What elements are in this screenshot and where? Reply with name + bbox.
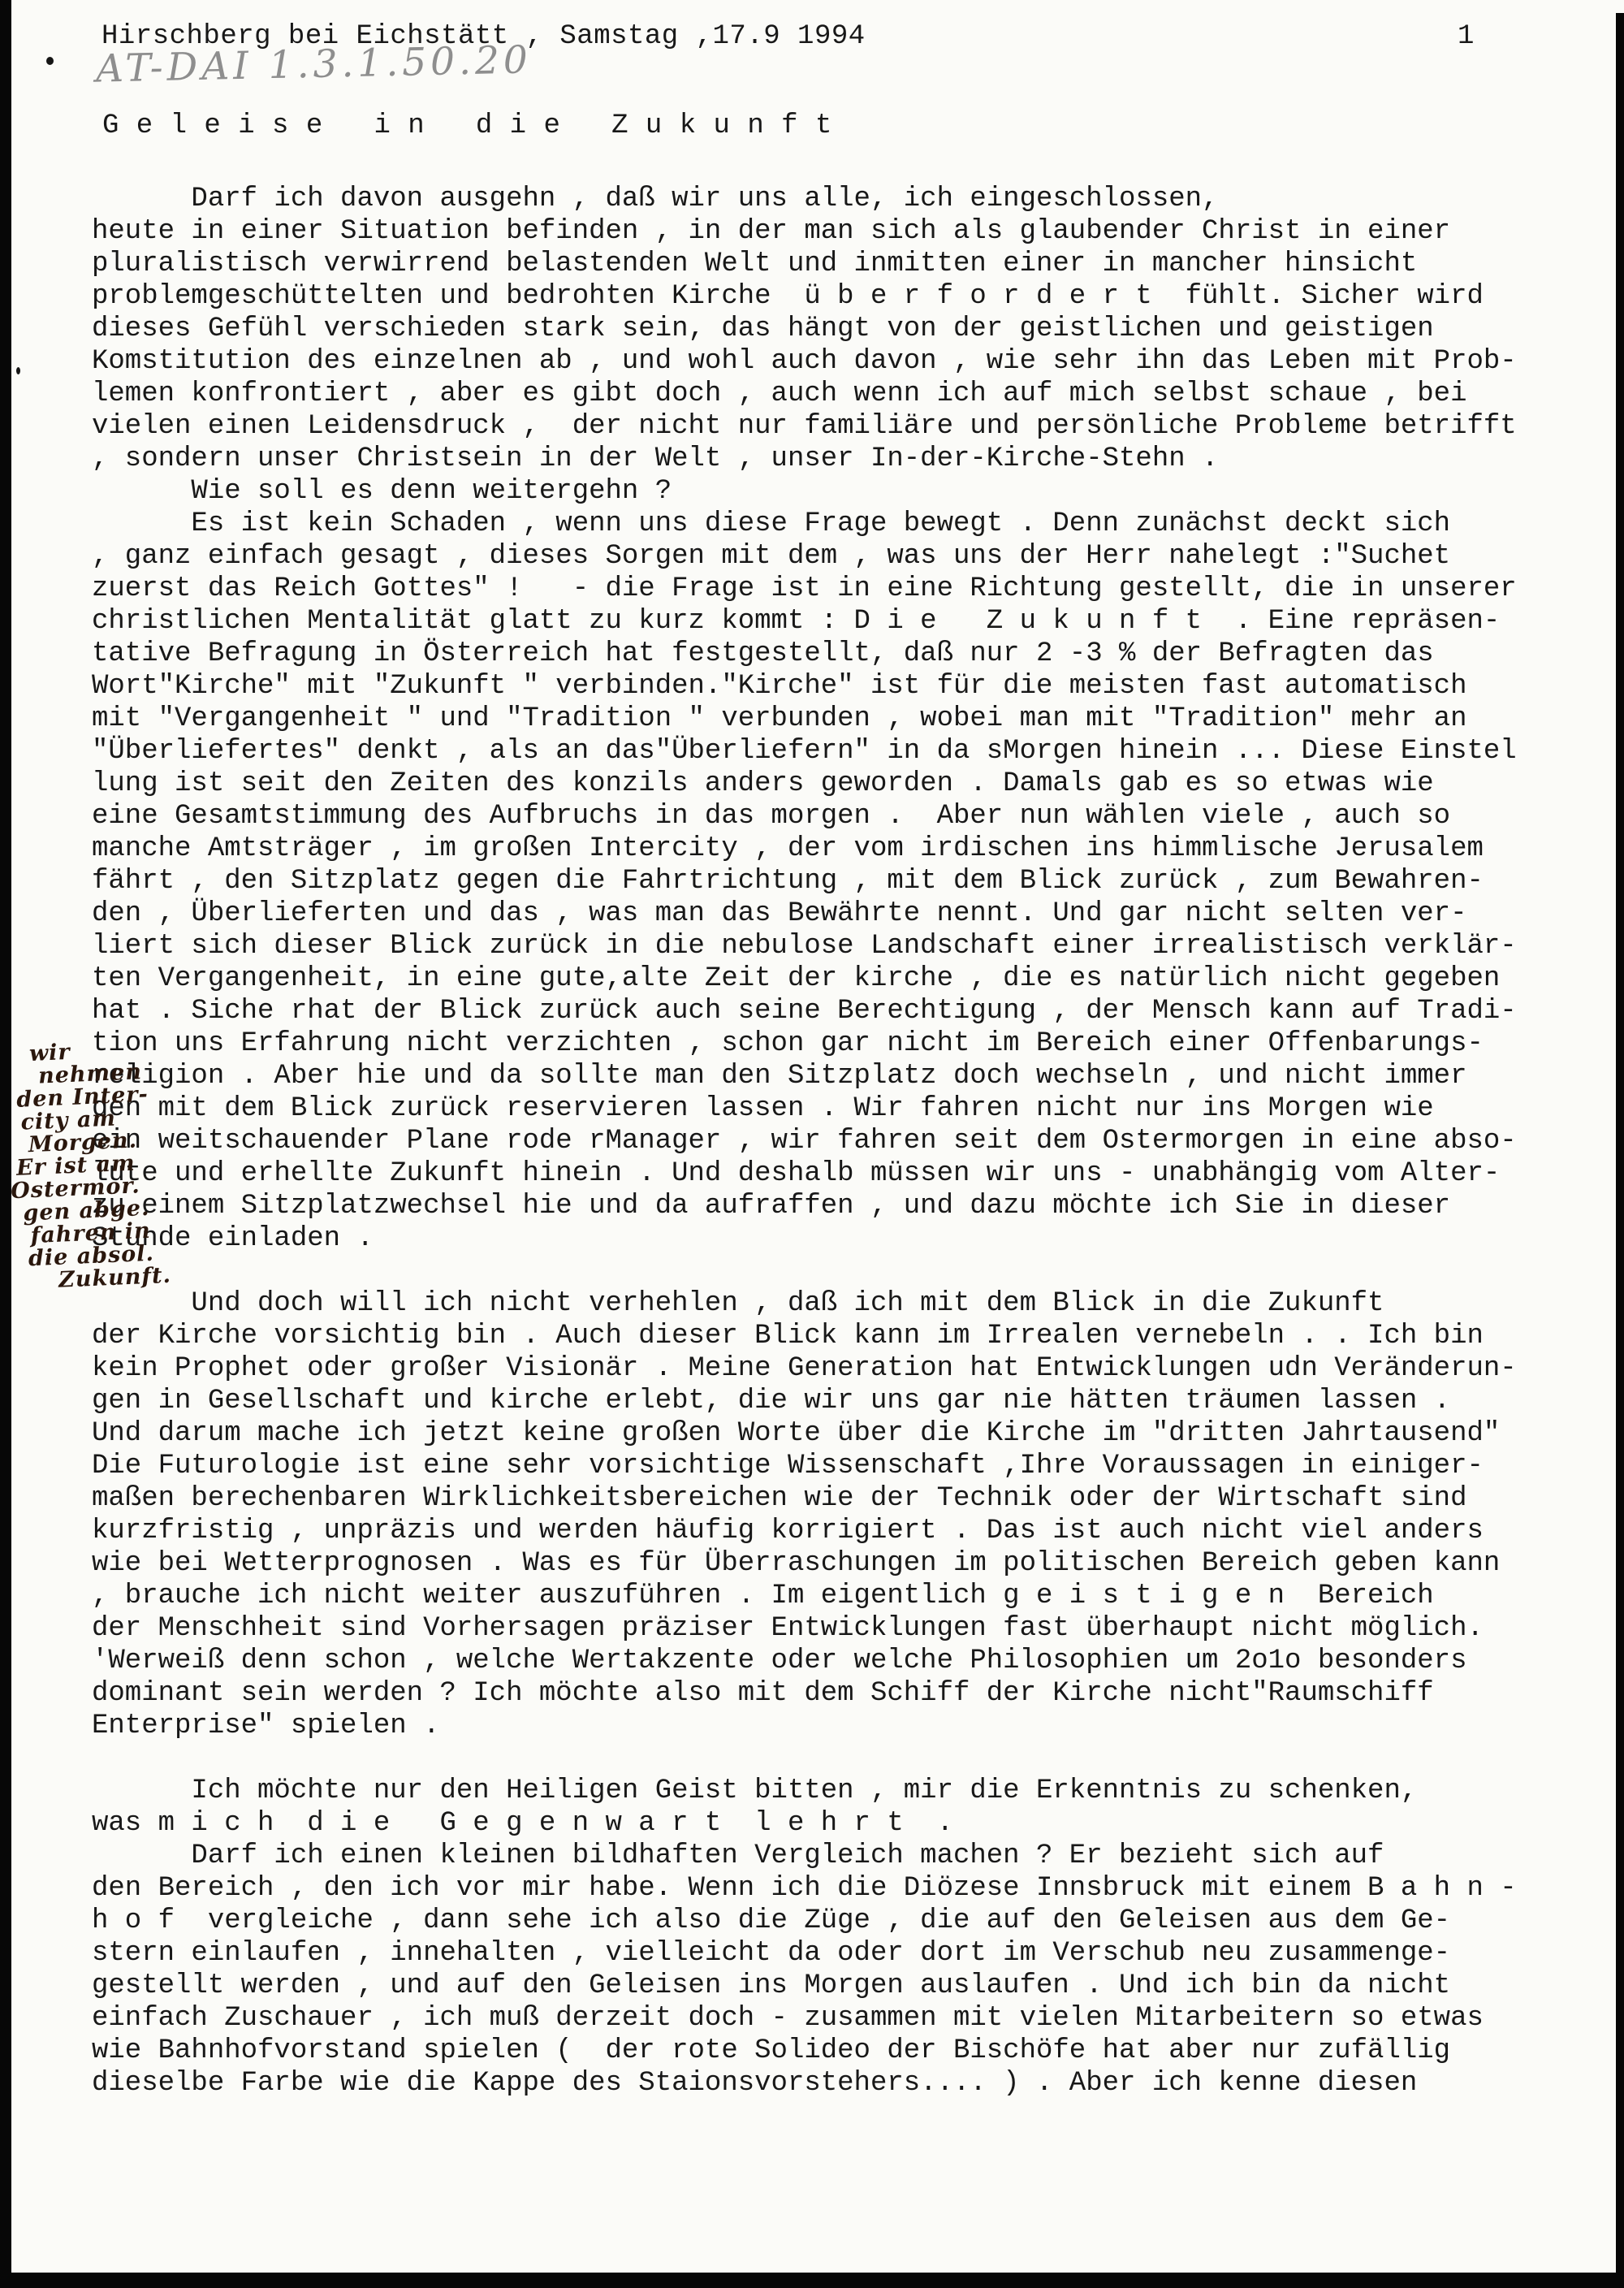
text-line: der Kirche vorsichtig bin . Auch dieser …: [92, 1320, 1553, 1352]
text-line: , brauche ich nicht weiter auszuführen .…: [92, 1580, 1553, 1612]
text-line: den mit dem Blick zurück reservieren las…: [92, 1092, 1553, 1125]
text-line: zu einem Sitzplatzwechsel hie und da auf…: [92, 1190, 1553, 1222]
text-line: den Bereich , den ich vor mir habe. Wenn…: [92, 1872, 1553, 1905]
text-line: dieselbe Farbe wie die Kappe des Staions…: [92, 2067, 1553, 2100]
text-line: einfach Zuschauer , ich muß derzeit doch…: [92, 2002, 1553, 2035]
text-line: pluralistisch verwirrend belastenden Wel…: [92, 248, 1553, 280]
text-line: kein Prophet oder großer Visionär . Mein…: [92, 1352, 1553, 1385]
text-line: Komstitution des einzelnen ab , und wohl…: [92, 345, 1553, 378]
paragraph-block-3: Ich möchte nur den Heiligen Geist bitten…: [92, 1775, 1553, 2100]
text-line: vielen einen Leidensdruck , der nicht nu…: [92, 410, 1553, 443]
scan-border-bottom: [0, 2273, 1624, 2288]
text-line: Darf ich einen kleinen bildhaften Vergle…: [92, 1840, 1553, 1872]
text-line: was m i c h d i e G e g e n w a r t l e …: [92, 1807, 1553, 1840]
text-line: Darf ich davon ausgehn , daß wir uns all…: [92, 183, 1553, 215]
text-line: maßen berechenbaren Wirklichkeitsbereich…: [92, 1482, 1553, 1515]
scan-border-right: [1616, 13, 1624, 2288]
text-line: kurzfristig , unpräzis und werden häufig…: [92, 1515, 1553, 1547]
text-line: Wie soll es denn weitergehn ?: [92, 475, 1553, 508]
text-line: liert sich dieser Blick zurück in die ne…: [92, 930, 1553, 962]
text-line: fährt , den Sitzplatz gegen die Fahrtric…: [92, 865, 1553, 897]
text-line: stern einlaufen , innehalten , vielleich…: [92, 1937, 1553, 1970]
text-line: Ich möchte nur den Heiligen Geist bitten…: [92, 1775, 1553, 1807]
text-line: ten Vergangenheit, in eine gute,alte Zei…: [92, 962, 1553, 995]
text-line: manche Amtsträger , im großen Intercity …: [92, 833, 1553, 865]
text-line: Stunde einladen .: [92, 1222, 1553, 1255]
text-line: tative Befragung in Österreich hat festg…: [92, 638, 1553, 670]
document-title: G e l e i s e i n d i e Z u k u n f t: [102, 110, 832, 141]
text-line: lung ist seit den Zeiten des konzils and…: [92, 768, 1553, 800]
text-line: Die Futurologie ist eine sehr vorsichtig…: [92, 1450, 1553, 1482]
archive-annotation-handwritten: AT-DAI 1.3.1.50.20: [95, 37, 532, 91]
text-line: Und darum mache ich jetzt keine großen W…: [92, 1417, 1553, 1450]
text-line: gen in Gesellschaft und kirche erlebt, d…: [92, 1385, 1553, 1417]
text-line: eine Gesamtstimmung des Aufbruchs in das…: [92, 800, 1553, 833]
text-line: religion . Aber hie und da sollte man de…: [92, 1060, 1553, 1092]
text-line: dominant sein werden ? Ich möchte also m…: [92, 1677, 1553, 1710]
text-line: , sondern unser Christsein in der Welt ,…: [92, 443, 1553, 475]
ink-speck: [16, 367, 20, 374]
text-line: dieses Gefühl verschieden stark sein, da…: [92, 313, 1553, 345]
text-line: tion uns Erfahrung nicht verzichten , sc…: [92, 1027, 1553, 1060]
scanned-document-page: Hirschberg bei Eichstätt , Samstag ,17.9…: [0, 0, 1624, 2288]
text-line: der Menschheit sind Vorhersagen präziser…: [92, 1612, 1553, 1645]
text-line: Und doch will ich nicht verhehlen , daß …: [92, 1287, 1553, 1320]
text-line: den , Überlieferten und das , was man da…: [92, 897, 1553, 930]
document-body: Darf ich davon ausgehn , daß wir uns all…: [92, 183, 1553, 2100]
text-line: wie Bahnhofvorstand spielen ( der rote S…: [92, 2035, 1553, 2067]
text-line: Enterprise" spielen .: [92, 1710, 1553, 1742]
text-line: Wort"Kirche" mit "Zukunft " verbinden."K…: [92, 670, 1553, 703]
text-line: heute in einer Situation befinden , in d…: [92, 215, 1553, 248]
text-line: mit "Vergangenheit " und "Tradition " ve…: [92, 703, 1553, 735]
text-line: lemen konfrontiert , aber es gibt doch ,…: [92, 378, 1553, 410]
text-line: Es ist kein Schaden , wenn uns diese Fra…: [92, 508, 1553, 540]
text-line: h o f vergleiche , dann sehe ich also di…: [92, 1905, 1553, 1937]
text-line: , ganz einfach gesagt , dieses Sorgen mi…: [92, 540, 1553, 573]
paragraph-block-2: Und doch will ich nicht verhehlen , daß …: [92, 1287, 1553, 1742]
text-line: "Überliefertes" denkt , als an das"Überl…: [92, 735, 1553, 768]
text-line: gestellt werden , und auf den Geleisen i…: [92, 1970, 1553, 2002]
text-line: wie bei Wetterprognosen . Was es für Übe…: [92, 1547, 1553, 1580]
page-number: 1: [1458, 21, 1474, 52]
paragraph-block-1: Darf ich davon ausgehn , daß wir uns all…: [92, 183, 1553, 1255]
margin-note-handwritten: wirnehmenden Inter-city amMorgen.Er ist …: [1, 1036, 214, 1295]
text-line: problemgeschüttelten und bedrohten Kirch…: [92, 280, 1553, 313]
text-line: 'Werweiß denn schon , welche Wertakzente…: [92, 1645, 1553, 1677]
ink-speck: [46, 57, 54, 65]
text-line: christlichen Mentalität glatt zu kurz ko…: [92, 605, 1553, 638]
text-line: lute und erhellte Zukunft hinein . Und d…: [92, 1157, 1553, 1190]
text-line: ein weitschauender Plane rode rManager ,…: [92, 1125, 1553, 1157]
text-line: hat . Siche rhat der Blick zurück auch s…: [92, 995, 1553, 1027]
text-line: zuerst das Reich Gottes" ! - die Frage i…: [92, 573, 1553, 605]
